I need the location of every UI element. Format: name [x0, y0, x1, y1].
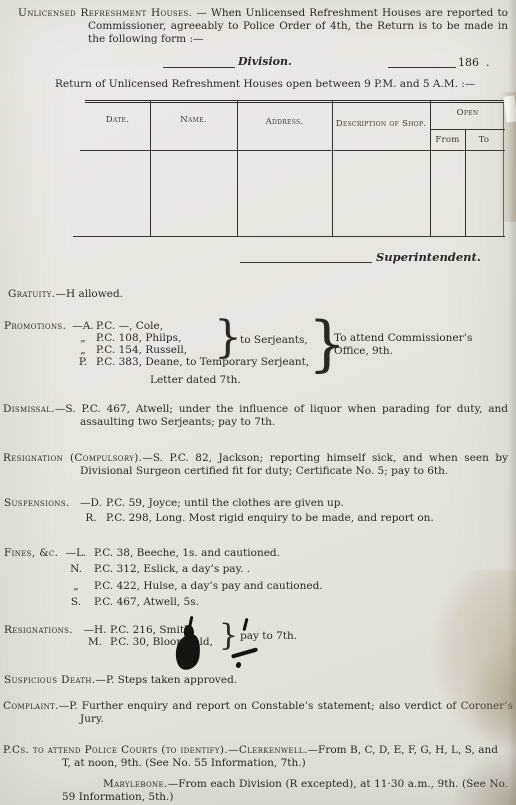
table-open-subrule — [430, 129, 505, 130]
complaint-label: Complaint. — [3, 700, 59, 712]
fines-row: —L.P.C. 38, Beeche, 1s. and cautioned. — [58, 547, 280, 560]
promotions-footer: Letter dated 7th. — [150, 374, 241, 387]
suspensions-label: Suspensions. — [4, 497, 70, 510]
dismissal-text: —S. P.C. 467, Atwell; under the influenc… — [55, 403, 508, 428]
division-letter: —L. — [58, 547, 94, 560]
division-label: Division. — [238, 55, 292, 68]
year-text: 186 — [458, 56, 479, 69]
section-resignation-compulsory: Resignation (Compulsory).—S. P.C. 82, Ja… — [80, 452, 508, 478]
promotions-brace-outer-line2: 9th. — [372, 345, 393, 358]
year-period: . — [486, 56, 490, 69]
promotions-label: Promotions. — [4, 320, 66, 333]
suspensions-row: R.P.C. 298, Long. Most rigid enquiry to … — [76, 512, 434, 525]
suspensions-row: —D.P.C. 59, Joyce; until the clothes are… — [76, 497, 344, 510]
table-header-description: Description of Shop. — [332, 119, 430, 129]
promotion-entry: P.C. 108, Philps, — [96, 332, 181, 344]
table-bottom-rule — [73, 236, 505, 237]
suspension-entry: P.C. 298, Long. Most rigid enquiry to be… — [106, 512, 434, 524]
complaint-text: —P. Further enquiry and report on Consta… — [59, 700, 513, 725]
resignation-compulsory-text: —S. P.C. 82, Jackson; reporting himself … — [80, 452, 508, 477]
promotion-entry: P.C. —, Cole, — [96, 320, 163, 332]
division-ditto: „ — [58, 580, 94, 593]
table-vline-from-to — [465, 130, 466, 236]
table-header-date: Date. — [85, 115, 150, 125]
signature-label: Superintendent. — [376, 251, 481, 264]
fine-entry: P.C. 312, Eslick, a day’s pay. . — [94, 563, 250, 575]
promotions-row: P.P.C. 383, Deane, to Temporary Serjeant… — [70, 356, 309, 369]
suspension-entry: P.C. 59, Joyce; until the clothes are gi… — [106, 497, 344, 509]
promotions-brace-outer-line1: To attend Commissioner’s Office, — [334, 332, 509, 358]
promotion-entry: P.C. 383, Deane, to Temporary Serjeant, — [96, 356, 309, 368]
fines-row: „P.C. 422, Hulse, a day’s pay and cautio… — [58, 580, 323, 593]
gratuity-label: Gratuity. — [8, 288, 55, 300]
section-police-courts-clerkenwell: P.Cs. to attend Police Courts (to identi… — [62, 744, 498, 770]
fines-row: N.P.C. 312, Eslick, a day’s pay. . — [58, 563, 250, 576]
marylebone-label: Marylebone. — [103, 778, 168, 790]
table-vline-right — [503, 103, 504, 236]
police-courts-label: P.Cs. to attend Police Courts (to identi… — [3, 744, 228, 756]
resignations-brace-label: pay to 7th. — [240, 630, 297, 643]
fines-label: Fines, &c. — [4, 547, 58, 560]
intro-paragraph: Unlicensed Refreshment Houses. — When Un… — [88, 7, 508, 46]
promotion-entry: P.C. 154, Russell, — [96, 344, 187, 356]
suspicious-death-label: Suspicious Death. — [4, 674, 96, 686]
section-gratuity: Gratuity.—H allowed. — [8, 288, 123, 301]
table-header-name: Name. — [150, 115, 237, 125]
fines-row: S.P.C. 467, Atwell, 5s. — [58, 596, 199, 609]
division-letter: M. — [80, 636, 110, 649]
brace-right: } — [219, 621, 238, 651]
resignation-entry: P.C. 216, Smith, — [110, 624, 194, 636]
paper-edge-shadow — [508, 0, 516, 805]
clerkenwell-label: —Clerkenwell. — [228, 744, 308, 756]
suspicious-death-text: —P. Steps taken approved. — [96, 674, 238, 686]
table-header-from: From — [430, 135, 465, 145]
division-blank-line — [163, 67, 235, 68]
section-suspicious-death: Suspicious Death.—P. Steps taken approve… — [4, 674, 237, 687]
brace-right-inner: } — [214, 316, 242, 360]
return-line: Return of Unlicensed Refreshment Houses … — [55, 78, 495, 91]
section-dismissal: Dismissal.—S. P.C. 467, Atwell; under th… — [80, 403, 508, 429]
fine-entry: P.C. 38, Beeche, 1s. and cautioned. — [94, 547, 280, 559]
division-letter: P. — [70, 356, 96, 369]
fine-entry: P.C. 422, Hulse, a day’s pay and caution… — [94, 580, 323, 592]
table-header-to: To — [465, 135, 503, 145]
fine-entry: P.C. 467, Atwell, 5s. — [94, 596, 199, 608]
paper-torn-notch — [503, 95, 516, 122]
section-police-courts-marylebone: Marylebone.—From each Division (R except… — [62, 778, 508, 804]
table-header-open: Open — [430, 108, 505, 118]
division-letter: —D. — [76, 497, 106, 510]
promotions-brace-inner-label: to Serjeants, — [240, 334, 308, 347]
table-vline-4 — [430, 101, 431, 236]
document-page: Unlicensed Refreshment Houses. — When Un… — [0, 0, 516, 805]
section-complaint: Complaint.—P. Further enquiry and report… — [80, 700, 513, 726]
division-letter: R. — [76, 512, 106, 525]
intro-heading: Unlicensed Refreshment Houses. — [18, 7, 192, 19]
resignation-compulsory-label: Resignation (Compulsory). — [3, 452, 142, 464]
dismissal-label: Dismissal. — [3, 403, 55, 415]
division-letter: S. — [58, 596, 94, 609]
table-header-address: Address. — [237, 117, 332, 127]
division-letter: N. — [58, 563, 94, 576]
table-header-rule — [80, 150, 505, 151]
ink-splash — [235, 661, 242, 668]
signature-line — [240, 262, 372, 263]
year-blank-line — [388, 67, 456, 68]
gratuity-text: —H allowed. — [55, 288, 123, 300]
resignations-label: Resignations. — [4, 624, 73, 637]
